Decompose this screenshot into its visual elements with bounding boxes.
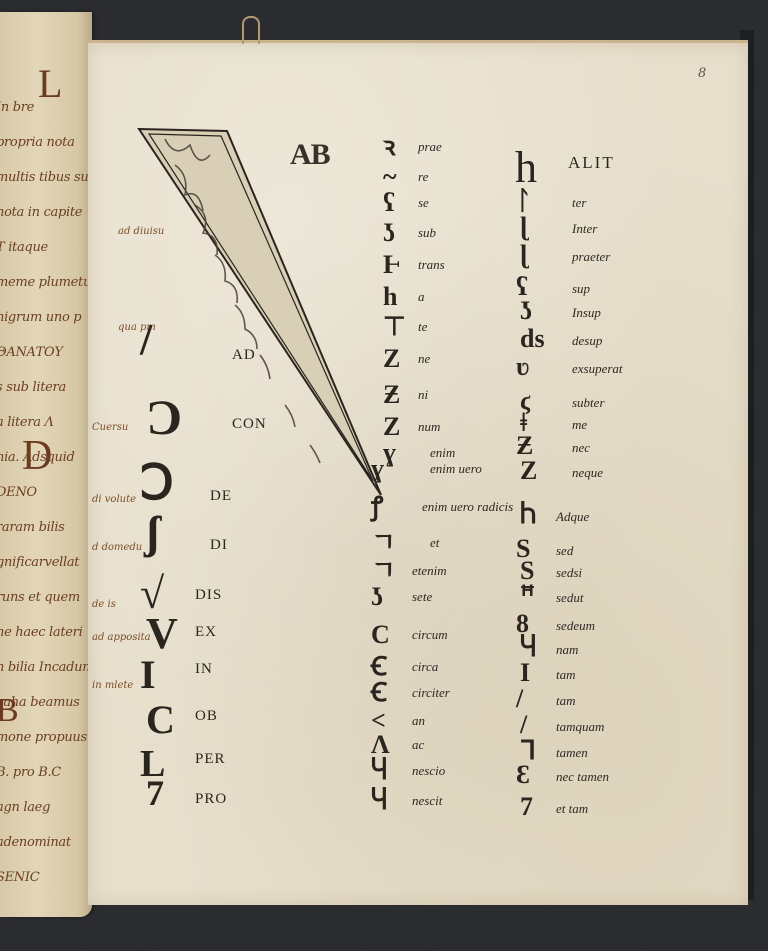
tironian-sign: I <box>140 655 156 695</box>
tironian-sign: Ꞓ <box>371 680 387 706</box>
marginal-gloss: ad apposita <box>92 633 151 643</box>
latin-word: DE <box>210 489 232 504</box>
left-page-text-line: nia. Adsquid <box>0 450 75 465</box>
tironian-sign: 7 <box>520 794 533 820</box>
left-page-text-line: gnificarvellat <box>0 555 79 570</box>
tironian-sign: V <box>146 612 178 656</box>
latin-word: subter <box>572 396 605 409</box>
heading-ab: AB <box>290 138 330 172</box>
latin-word: et tam <box>556 802 588 815</box>
latin-word: DI <box>210 538 228 553</box>
latin-word: Adque <box>556 510 589 523</box>
tironian-sign: ㄱ <box>371 530 396 556</box>
tironian-sign: / <box>516 686 523 712</box>
tironian-sign: Ⱶ <box>383 252 400 278</box>
latin-word: enim uero radicis <box>422 500 513 513</box>
tironian-sign: ʃ <box>146 510 160 556</box>
latin-word: sup <box>572 282 590 295</box>
latin-word: trans <box>418 258 445 271</box>
left-page-text-line: In bre <box>0 100 34 115</box>
tironian-sign: Ⴙ <box>520 502 536 528</box>
left-facing-page: L D B In brepropria notamultis tibus sup… <box>0 12 92 917</box>
tironian-sign: I <box>520 660 530 686</box>
latin-word: me <box>572 418 587 431</box>
latin-word: num <box>418 420 440 433</box>
latin-word: ni <box>418 388 428 401</box>
latin-word: sub <box>418 226 436 239</box>
latin-word: praeter <box>572 250 610 263</box>
left-page-text-line: runs et quem <box>0 590 80 605</box>
tironian-sign: ~ <box>383 164 397 190</box>
tironian-sign: ɣ <box>383 440 396 466</box>
latin-word: tam <box>556 694 576 707</box>
tironian-sign: Z <box>383 346 400 372</box>
left-page-text-line: multis tibus sup <box>0 170 92 185</box>
left-page-text-line: B. pro B.C <box>0 765 61 780</box>
marginal-gloss: d domedu <box>92 543 142 553</box>
latin-word: se <box>418 196 429 209</box>
latin-word: re <box>418 170 428 183</box>
left-page-text-line: mone propuus <box>0 730 87 745</box>
page-clip <box>242 16 260 44</box>
left-page-text-line: agn laeg <box>0 800 50 815</box>
latin-word: tamquam <box>556 720 604 733</box>
latin-word: exsuperat <box>572 362 623 375</box>
tironian-sign: Ƶ <box>383 382 400 408</box>
tironian-sign: ʖ <box>383 220 395 246</box>
left-page-text-line: adenominat <box>0 835 71 850</box>
marginal-gloss: de is <box>92 600 116 610</box>
tironian-sign: 7 <box>146 775 164 811</box>
latin-word: PER <box>195 752 226 767</box>
tironian-sign: Λ <box>371 732 390 758</box>
tironian-sign: C <box>371 622 390 648</box>
tironian-sign: ㄱ <box>371 558 396 584</box>
latin-word: etenim <box>412 564 447 577</box>
tironian-sign: ꝭ <box>371 494 383 520</box>
folio-number: 8 <box>698 66 706 81</box>
left-page-text-line: T itaque <box>0 240 48 255</box>
latin-word: desup <box>572 334 602 347</box>
tironian-sign: ʋ <box>516 354 530 380</box>
marginal-gloss: in mlete <box>92 681 133 691</box>
tironian-sign: Ↄ <box>140 460 174 508</box>
left-page-text-line: ne haec lateri <box>0 625 82 640</box>
latin-word: circum <box>412 628 448 641</box>
tironian-sign: C <box>146 700 175 740</box>
left-page-text-line: a litera Λ <box>0 415 54 430</box>
latin-word: circiter <box>412 686 450 699</box>
latin-word: DIS <box>195 588 222 603</box>
tironian-sign: ʖ <box>520 298 532 324</box>
latin-word: CON <box>232 417 267 432</box>
tironian-sign: / <box>520 712 527 738</box>
latin-word: sedsi <box>556 566 582 579</box>
latin-word: ac <box>412 738 424 751</box>
latin-word: Insup <box>572 306 601 319</box>
tironian-sign: Z <box>383 414 400 440</box>
latin-word: sed <box>556 544 573 557</box>
left-page-text-line: propria nota <box>0 135 75 150</box>
latin-word: an <box>412 714 425 727</box>
left-page-initial-L: L <box>38 60 62 107</box>
latin-word: nescio <box>412 764 445 777</box>
tironian-sign: Ⴗ <box>371 788 387 814</box>
latin-word: IN <box>195 662 213 677</box>
latin-word: nec tamen <box>556 770 609 783</box>
tironian-sign: ds <box>520 326 545 352</box>
latin-word: EX <box>195 625 217 640</box>
latin-word: enim uero <box>430 462 482 475</box>
tironian-sign: Ⴗ <box>371 758 387 784</box>
latin-word: sedeum <box>556 619 595 632</box>
tironian-sign: Ɛ <box>516 762 530 788</box>
latin-word: nam <box>556 643 578 656</box>
left-page-text-line: s sub litera <box>0 380 66 395</box>
left-page-text-line: nigrum uno p <box>0 310 81 325</box>
tironian-sign: ꝛ <box>383 134 395 160</box>
left-page-text-line: SENIC <box>0 870 39 885</box>
latin-word: nescit <box>412 794 442 807</box>
tironian-sign: ɣ <box>371 456 384 482</box>
latin-word: OB <box>195 709 218 724</box>
latin-word: ne <box>418 352 430 365</box>
left-page-text-line: n bilia Incadum <box>0 660 92 675</box>
latin-word: tam <box>556 668 576 681</box>
tironian-sign: Z <box>520 458 537 484</box>
latin-word: tamen <box>556 746 588 759</box>
tironian-sign: ᛚ <box>516 188 532 214</box>
left-page-text-line: DENO <box>0 485 37 500</box>
tironian-sign: ʖ <box>371 584 383 610</box>
left-page-text-line: nota in capite <box>0 205 82 220</box>
latin-word: ter <box>572 196 586 209</box>
latin-word: PRO <box>195 792 227 807</box>
latin-word: Inter <box>572 222 597 235</box>
tironian-sign: Ꞓ <box>371 654 387 680</box>
latin-word: enim <box>430 446 455 459</box>
left-page-text-line: meme plumetum <box>0 275 92 290</box>
tironian-sign: ʕ <box>383 190 395 216</box>
tironian-sign: ɭ <box>520 214 527 240</box>
tironian-sign: ɭ <box>520 242 527 268</box>
tironian-sign: Ɔ <box>146 392 182 442</box>
heading-halit-word: ALIT <box>568 153 615 173</box>
left-page-text-line: ΘΑΝΑΤΟΥ <box>0 345 63 360</box>
latin-word: sete <box>412 590 432 603</box>
tironian-sign: ꟸ <box>520 583 535 609</box>
latin-word: te <box>418 320 427 333</box>
latin-word: sedut <box>556 591 583 604</box>
marginal-gloss: Cuersu <box>92 423 128 433</box>
latin-word: prae <box>418 140 442 153</box>
tironian-sign: ⊤ <box>383 314 406 340</box>
latin-word: neque <box>572 466 603 479</box>
marginal-gloss: di volute <box>92 495 136 505</box>
left-page-text-line: eaha beamus <box>0 695 80 710</box>
latin-word: a <box>418 290 425 303</box>
left-page-text-line: raram bilis <box>0 520 65 535</box>
marginal-gloss: ad diuisu <box>118 227 164 237</box>
latin-word: circa <box>412 660 438 673</box>
tironian-sign: h <box>383 284 397 310</box>
latin-word: AD <box>232 348 256 363</box>
latin-word: et <box>430 536 439 549</box>
latin-word: nec <box>572 441 590 454</box>
tironian-sign: / <box>140 318 152 362</box>
